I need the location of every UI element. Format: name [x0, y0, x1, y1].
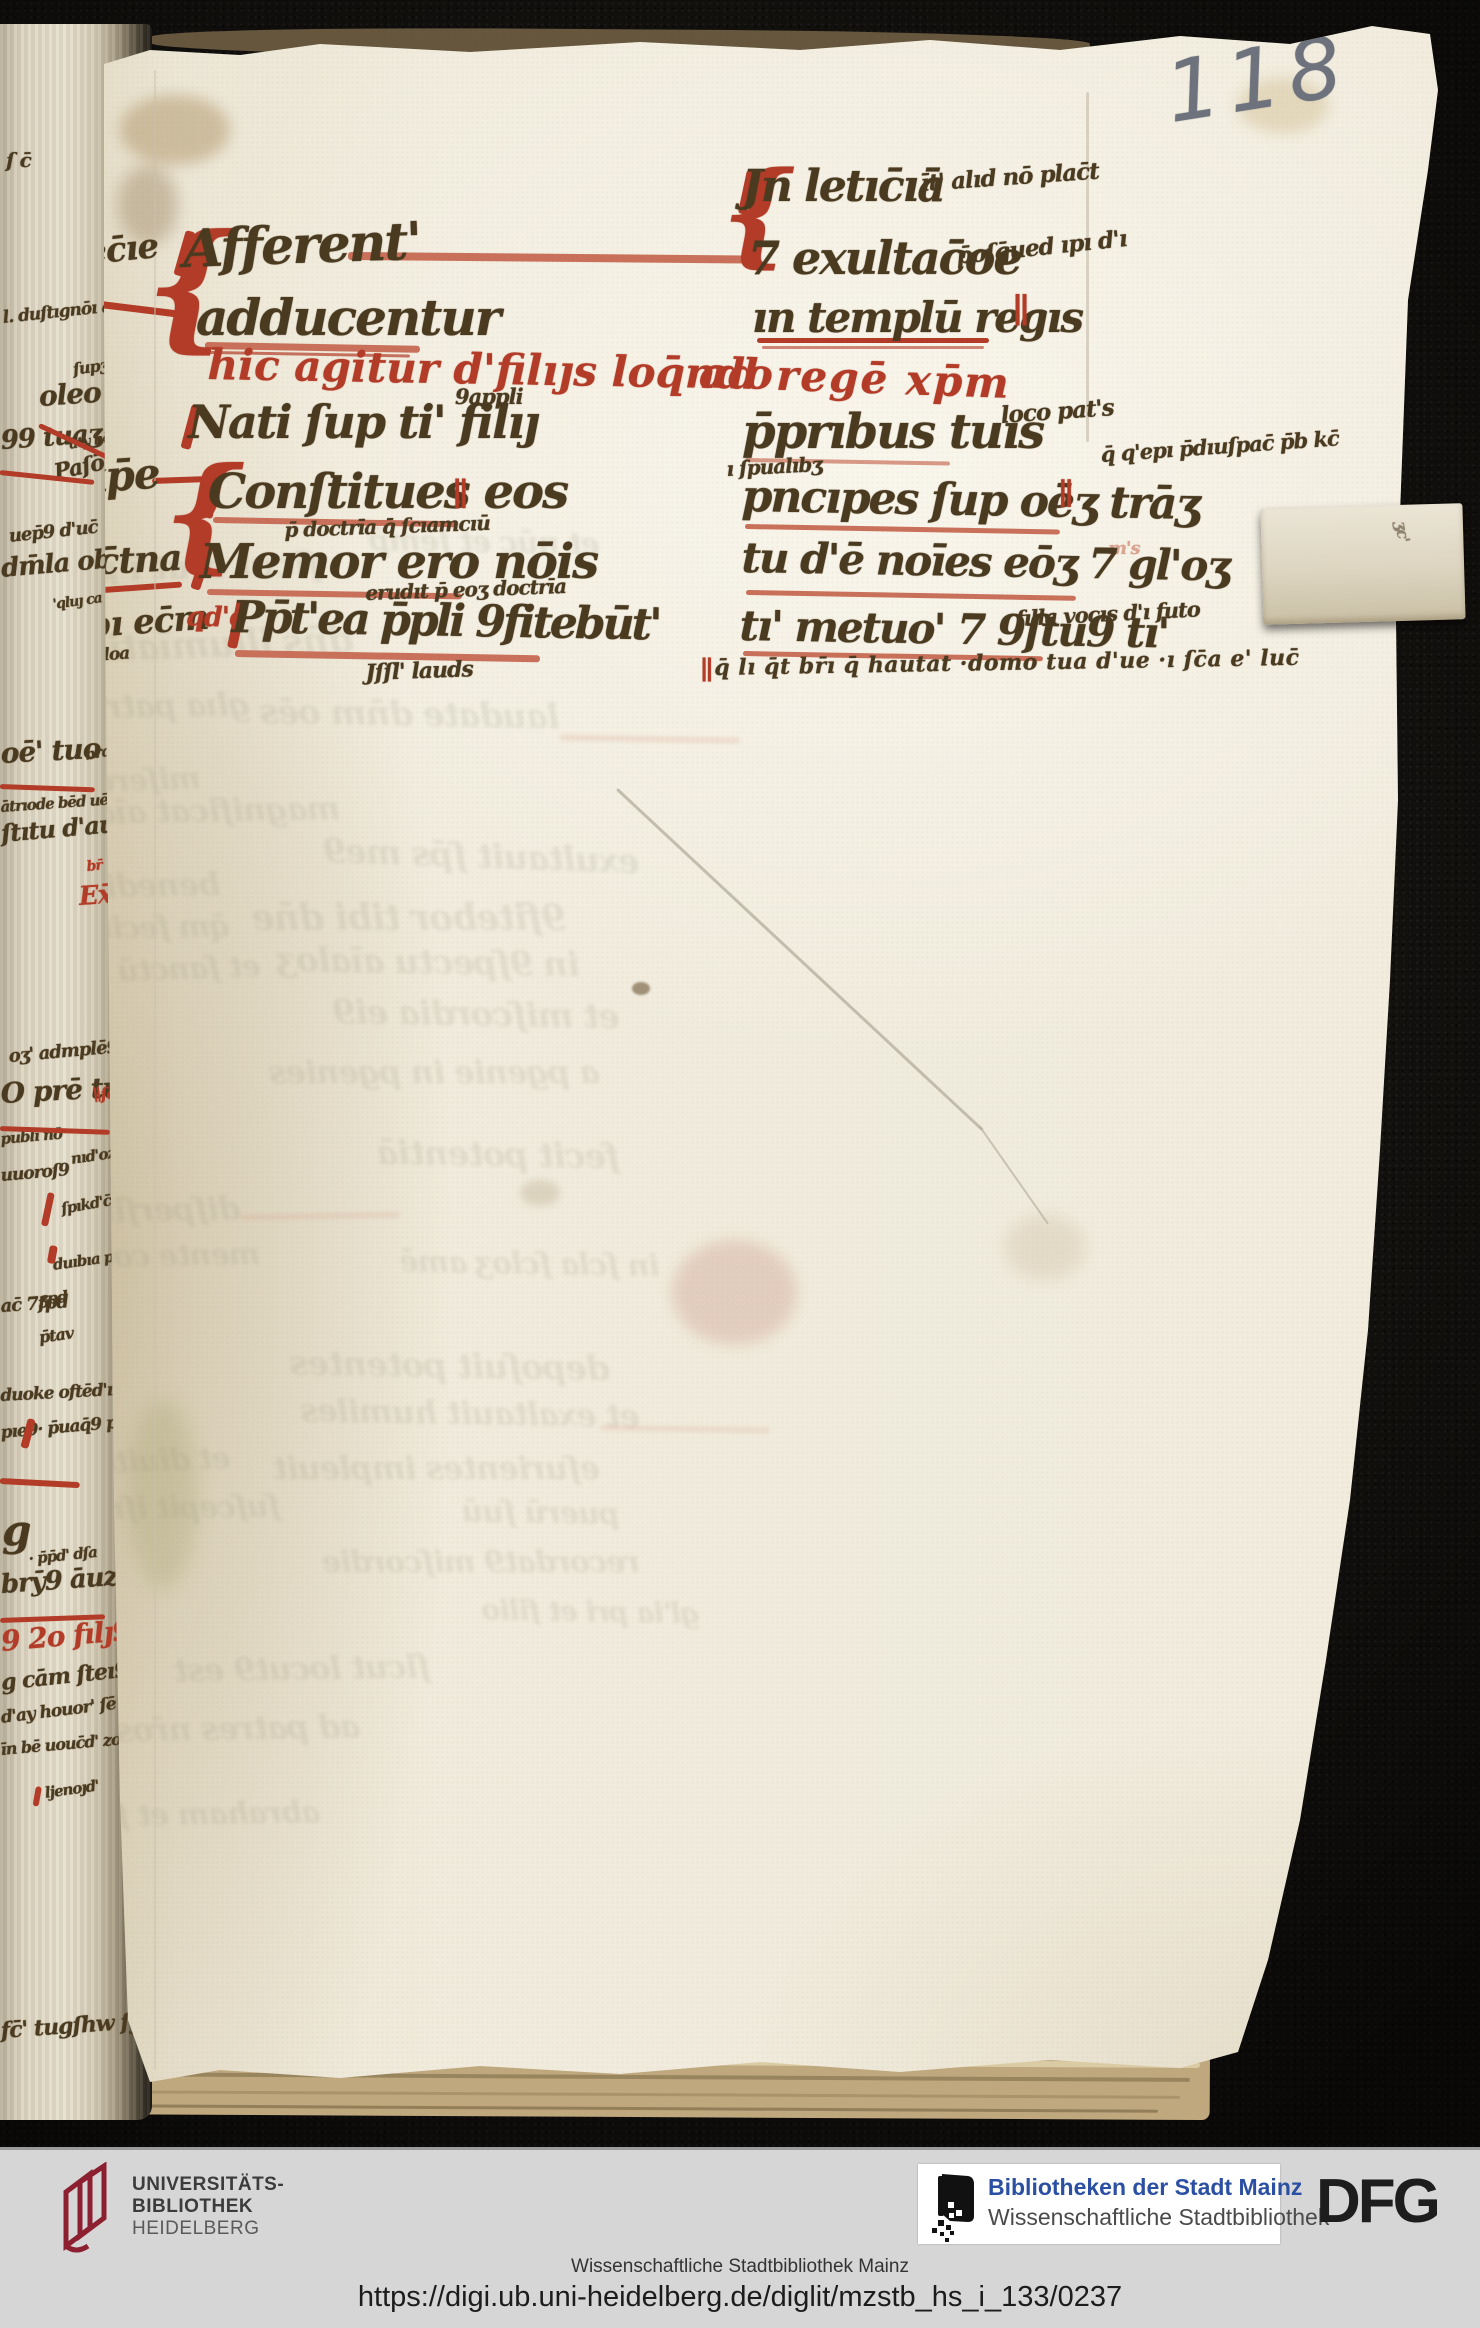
source-url: https://digi.ub.uni-heidelberg.de/diglit… [0, 2281, 1480, 2314]
ubh-logo-text: UNIVERSITÄTS- BIBLIOTHEK HEIDELBERG [132, 2174, 284, 2240]
dfg-logo: DFG [1316, 2166, 1438, 2237]
caption-text: Wissenschaftliche Stadtbibliothek Mainz [0, 2256, 1480, 2278]
scan-stage: ſ c̄l. duſtıgnōı atȳzad'9ſupʒ 9oleo let9… [0, 0, 1480, 2328]
fore-edge-parchment-tab [1260, 503, 1465, 625]
ubh-line3: HEIDELBERG [132, 2218, 284, 2240]
manuscript-page [0, 0, 1480, 2328]
mainz-logo-line1: Bibliotheken der Stadt Mainz [988, 2174, 1302, 2201]
footer-band: UNIVERSITÄTS- BIBLIOTHEK HEIDELBERG Bibl… [0, 2147, 1480, 2328]
mainz-logo-icon [928, 2172, 986, 2242]
ubh-line2: BIBLIOTHEK [132, 2196, 284, 2218]
ubh-line1: UNIVERSITÄTS- [132, 2174, 284, 2196]
mainz-logo-line2: Wissenschaftliche Stadtbibliothek [988, 2204, 1329, 2231]
ubh-logo-icon [50, 2162, 128, 2262]
mainz-logo-box: Bibliotheken der Stadt Mainz Wissenschaf… [918, 2164, 1280, 2244]
